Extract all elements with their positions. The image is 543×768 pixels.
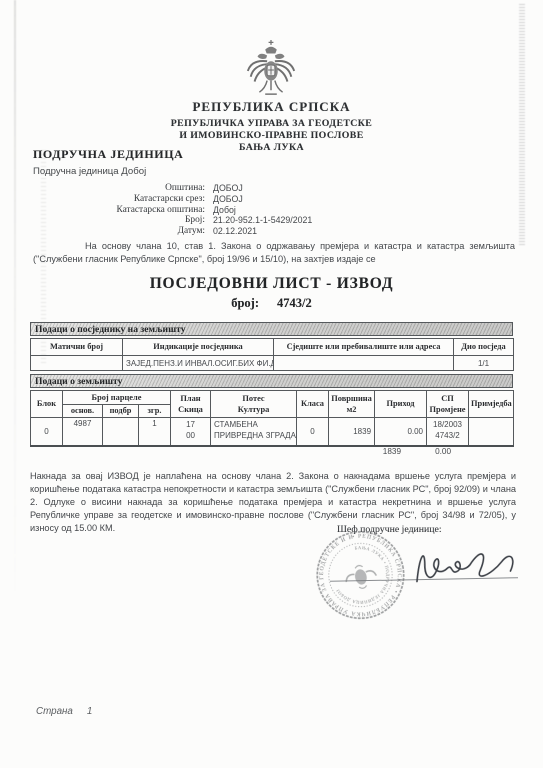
owner-table: Матични број Индикације посједника Сједи… — [30, 338, 514, 371]
letterhead: РЕПУБЛИКА СРПСКА РЕПУБЛИЧКА УПРАВА ЗА ГЕ… — [0, 99, 543, 154]
meta-value: ДОБОЈ — [213, 183, 243, 194]
meta-label: Општина: — [33, 183, 205, 194]
cell-zgr: 1 — [139, 418, 171, 446]
col-potes: Потес — [213, 393, 294, 404]
document-page: РЕПУБЛИКА СРПСКА РЕПУБЛИЧКА УПРАВА ЗА ГЕ… — [0, 0, 543, 768]
cell-sp-1: 18/2003 — [430, 420, 465, 431]
col-potes-kultura: Потес Култура — [211, 391, 297, 418]
cell-potes-kultura: СТАМБЕНА ПРИВРЕДНА ЗГРАДА — [211, 418, 297, 446]
land-table-row: 0 4987 1 17 00 СТАМБЕНА ПРИВРЕДНА ЗГРАДА… — [31, 418, 514, 446]
cell-potes: СТАМБЕНА — [214, 420, 293, 431]
document-title: ПОСЈЕДОВНИ ЛИСТ - ИЗВОД — [0, 275, 543, 293]
col-indikacije: Индикације посједника — [123, 339, 274, 356]
cell-sjediste — [274, 356, 454, 371]
cell-klasa: 0 — [297, 418, 329, 446]
owner-section: Подаци о посједнику на земљишту Матични … — [30, 322, 513, 371]
official-stamp: • РЕПУБЛИКА СРПСКА • РЕПУБЛИЧКА УПРАВА З… — [304, 518, 419, 637]
meta-row-katastarska-opstina: Катастарска општина: Добој — [33, 205, 363, 216]
cell-primjedba — [469, 418, 514, 446]
page-number-label: Страна — [36, 706, 73, 717]
col-povrsina: Површина м2 — [329, 391, 375, 418]
cell-povrsina: 1839 — [329, 418, 375, 446]
owner-section-title: Подаци о посједнику на земљишту — [31, 324, 186, 335]
land-table-header-row-1: Блок Број парцеле План Скица Потес Култу… — [31, 391, 514, 405]
cell-sp-promjene: 18/2003 4743/2 — [427, 418, 469, 446]
meta-value: 02.12.2021 — [213, 226, 257, 237]
cell-skica: 00 — [174, 431, 207, 442]
page-number-value: 1 — [87, 706, 92, 717]
col-povrsina-unit: м2 — [331, 404, 372, 415]
meta-value: Добој — [213, 205, 236, 216]
cell-blok: 0 — [31, 418, 63, 446]
cell-podbr — [103, 418, 139, 446]
total-prihod: 0.00 — [435, 447, 451, 456]
col-primjedba: Примједба — [469, 391, 514, 418]
cell-osnov: 4987 — [63, 418, 103, 446]
land-table: Блок Број парцеле План Скица Потес Култу… — [30, 390, 514, 447]
col-sp-promjene: СП Промјене — [427, 391, 469, 418]
document-number-value: 4743/2 — [277, 296, 312, 310]
cell-plan-skica: 17 00 — [171, 418, 211, 446]
land-section-header: Подаци о земљишту — [30, 374, 513, 388]
document-number-label: број: — [231, 296, 259, 310]
document-number: број:4743/2 — [0, 296, 543, 311]
owner-table-row: ЗАЈЕД.ПЕНЗ.И ИНВАЛ.ОСИГ.БИХ ФИ.ДОБО 1/1 — [31, 356, 514, 371]
cell-maticni-broj — [31, 356, 123, 371]
cell-kultura: ПРИВРЕДНА ЗГРАДА — [214, 431, 293, 442]
cell-plan: 17 — [174, 420, 207, 431]
coat-of-arms-icon — [242, 38, 300, 105]
unit-title: ПОДРУЧНА ЈЕДИНИЦА — [33, 147, 183, 162]
handwritten-signature — [408, 532, 527, 600]
meta-value: 21.20-952.1-1-5429/2021 — [213, 215, 312, 226]
cell-prihod: 0.00 — [375, 418, 427, 446]
col-zgr: згр. — [139, 405, 171, 418]
cell-dio-posjeda: 1/1 — [454, 356, 514, 371]
meta-row-katastarski-srez: Катастарски срез: ДОБОЈ — [33, 194, 363, 205]
land-section-title: Подаци о земљишту — [31, 376, 122, 387]
meta-label: Датум: — [33, 226, 205, 237]
unit-subtitle: Подручна јединица Добој — [33, 166, 146, 177]
country-name: РЕПУБЛИКА СРПСКА — [0, 99, 543, 115]
total-povrsina: 1839 — [383, 447, 401, 456]
org-line-2: И ИМОВИНСКО-ПРАВНЕ ПОСЛОВЕ — [0, 130, 543, 142]
col-plan: План — [173, 393, 208, 404]
land-section: Подаци о земљишту Блок Број парцеле План… — [30, 374, 513, 447]
col-sjediste: Сједиште или пребивалиште или адреса — [274, 339, 454, 356]
col-plan-skica: План Скица — [171, 391, 211, 418]
legal-intro-paragraph: На основу члана 10, став 1. Закона о одр… — [33, 240, 515, 266]
page-number: Страна1 — [36, 706, 92, 717]
col-skica: Скица — [173, 404, 208, 415]
meta-value: ДОБОЈ — [213, 194, 243, 205]
col-osnov: основ. — [63, 405, 103, 418]
col-dio-posjeda: Дио посједа — [454, 339, 514, 356]
meta-label: Број: — [33, 215, 205, 226]
col-blok: Блок — [31, 391, 63, 418]
col-broj-parcele: Број парцеле — [63, 391, 171, 405]
col-podbr: подбр — [103, 405, 139, 418]
col-kultura: Култура — [213, 404, 294, 415]
cell-sp-2: 4743/2 — [430, 431, 465, 442]
col-klasa: Класа — [297, 391, 329, 418]
col-promjene: Промјене — [429, 404, 466, 415]
meta-row-datum: Датум: 02.12.2021 — [33, 226, 363, 237]
org-line-1: РЕПУБЛИЧКА УПРАВА ЗА ГЕОДЕТСКЕ — [0, 118, 543, 130]
col-maticni-broj: Матични број — [31, 339, 123, 356]
document-meta: Општина: ДОБОЈ Катастарски срез: ДОБОЈ К… — [33, 183, 363, 237]
col-prihod: Приход — [375, 391, 427, 418]
meta-label: Катастарска општина: — [33, 205, 205, 216]
owner-table-header-row: Матични број Индикације посједника Сједи… — [31, 339, 514, 356]
cell-indikacije: ЗАЈЕД.ПЕНЗ.И ИНВАЛ.ОСИГ.БИХ ФИ.ДОБО — [123, 356, 274, 371]
meta-label: Катастарски срез: — [33, 194, 205, 205]
meta-row-opstina: Општина: ДОБОЈ — [33, 183, 363, 194]
fee-note-paragraph: Накнада за овај ИЗВОД је наплаћена на ос… — [30, 470, 516, 535]
meta-row-broj: Број: 21.20-952.1-1-5429/2021 — [33, 215, 363, 226]
col-povrsina-label: Површина — [331, 393, 372, 404]
col-sp: СП — [429, 393, 466, 404]
owner-section-header: Подаци о посједнику на земљишту — [30, 322, 513, 336]
